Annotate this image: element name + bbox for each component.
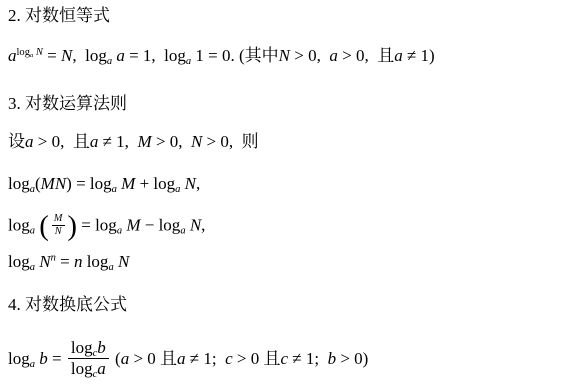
math-text: > 0, 且 — [338, 46, 394, 65]
math-variable: N — [191, 132, 202, 151]
math-text: − log — [141, 215, 181, 234]
math-variable: M — [54, 213, 63, 224]
math-variable: MN — [41, 174, 67, 193]
math-text: > 0, 且 — [34, 132, 90, 151]
math-text: > 0, — [152, 132, 191, 151]
math-fraction: MN — [51, 213, 66, 238]
math-text: > 0 且 — [233, 349, 281, 368]
math-fraction: logcblogca — [68, 338, 109, 378]
math-variable: c — [280, 349, 288, 368]
math-text: log — [71, 338, 93, 357]
math-variable: a — [121, 349, 130, 368]
math-text: , — [196, 174, 200, 193]
section-heading-change-of-base: 4. 对数换底公式 — [8, 294, 127, 316]
fraction-numerator: M — [51, 213, 66, 225]
math-variable: b — [97, 338, 106, 357]
math-text: , log — [72, 46, 106, 65]
math-variable: M — [126, 215, 140, 234]
math-text: = — [43, 46, 61, 65]
math-text: ) = log — [66, 174, 111, 193]
math-text: = log — [77, 215, 117, 234]
math-superscript: loga N — [17, 47, 43, 58]
math-text: = — [56, 252, 74, 271]
math-text: log — [8, 215, 30, 234]
math-variable: N — [190, 215, 201, 234]
math-variable: N — [55, 226, 62, 237]
math-text: , — [201, 215, 205, 234]
math-variable: b — [328, 349, 337, 368]
math-variable: N — [118, 252, 129, 271]
math-variable: a — [116, 46, 125, 65]
math-text: > 0, — [290, 46, 329, 65]
math-text: log — [71, 359, 93, 378]
big-paren: ) — [67, 210, 77, 242]
math-text: ≠ 1, — [98, 132, 137, 151]
document-page: 2. 对数恒等式 aloga N = N, loga a = 1, loga 1… — [0, 0, 563, 392]
math-text: ( — [111, 349, 121, 368]
fraction-denominator: N — [52, 225, 65, 238]
math-variable: M — [137, 132, 151, 151]
section-heading-log-rules: 3. 对数运算法则 — [8, 93, 127, 115]
math-text: ≠ 1; — [186, 349, 226, 368]
math-text: ≠ 1) — [403, 46, 435, 65]
math-variable: N — [61, 46, 72, 65]
math-variable: N — [279, 46, 290, 65]
math-text: = 1, log — [125, 46, 186, 65]
math-variable: a — [97, 359, 106, 378]
formula-log-quotient: loga (MN) = loga M − loga N, — [8, 212, 205, 241]
fraction-numerator: logcb — [68, 338, 109, 358]
math-variable: a — [25, 132, 34, 151]
math-text: log — [8, 349, 30, 368]
math-text: log — [8, 174, 30, 193]
section-heading-log-identity: 2. 对数恒等式 — [8, 5, 110, 27]
math-text: ≠ 1; — [288, 349, 328, 368]
math-variable: a — [177, 349, 186, 368]
math-variable: M — [121, 174, 135, 193]
math-variable: b — [39, 349, 48, 368]
formula-log-power: loga Nn = n loga N — [8, 251, 129, 273]
formula-conditions: 设a > 0, 且a ≠ 1, M > 0, N > 0, 则 — [8, 131, 259, 153]
math-text: = — [48, 349, 66, 368]
math-variable: a — [8, 46, 17, 65]
formula-log-identities: aloga N = N, loga a = 1, loga 1 = 0. (其中… — [8, 45, 435, 67]
math-variable: a — [394, 46, 403, 65]
math-text: > 0) — [336, 349, 368, 368]
math-text: log — [82, 252, 108, 271]
math-variable: N — [36, 47, 43, 58]
math-text: log — [17, 47, 30, 58]
math-text: > 0 且 — [129, 349, 177, 368]
math-variable: N — [39, 252, 50, 271]
fraction-denominator: logca — [68, 358, 109, 379]
math-text: log — [8, 252, 30, 271]
math-text: 1 = 0. (其中 — [191, 46, 279, 65]
math-variable: N — [185, 174, 196, 193]
math-text: + log — [135, 174, 175, 193]
math-text: 设 — [8, 132, 25, 151]
math-variable: a — [329, 46, 338, 65]
math-variable: c — [225, 349, 233, 368]
math-text: > 0, 则 — [202, 132, 258, 151]
formula-log-product: loga(MN) = loga M + loga N, — [8, 173, 200, 195]
formula-change-of-base: loga b = logcblogca (a > 0 且a ≠ 1; c > 0… — [8, 340, 368, 380]
big-paren: ( — [39, 210, 49, 242]
